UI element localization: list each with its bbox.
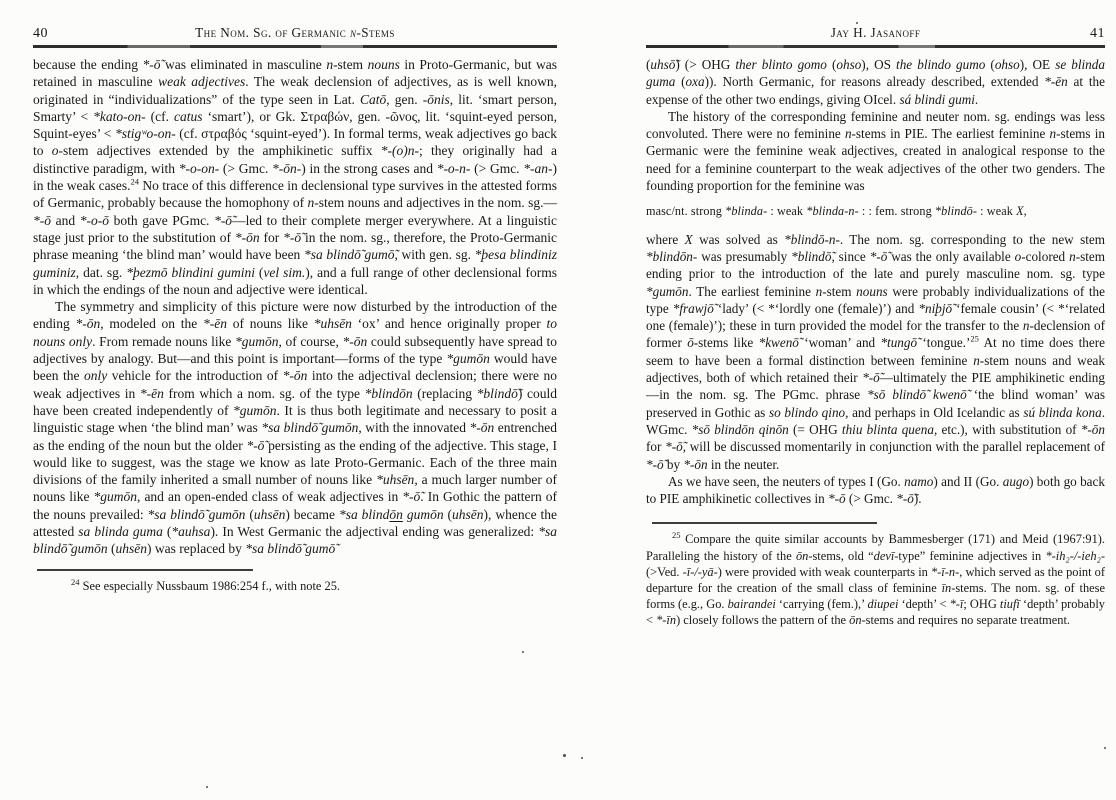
scan-speck xyxy=(206,786,208,788)
page-41-body: (uhsō̃) (> OHG ther blinto gomo (ohso), … xyxy=(646,56,1105,507)
page-40-header: 40 The Nom. Sg. of Germanic n-Stems xyxy=(33,18,557,42)
footnote-separator xyxy=(652,522,877,524)
header-rule xyxy=(33,45,557,48)
page-number: 40 xyxy=(33,26,83,42)
page-40-body: because the ending *-ō̃ was eliminated i… xyxy=(33,56,557,558)
paragraph: As we have seen, the neuters of types I … xyxy=(646,473,1105,508)
proportion-formula: masc/nt. strong *blinda- : weak *blinda-… xyxy=(646,203,1105,220)
running-head: Jay H. Jasanoff xyxy=(696,25,1055,41)
scan-speck xyxy=(563,754,566,757)
page-40: 40 The Nom. Sg. of Germanic n-Stems beca… xyxy=(33,18,557,594)
header-rule xyxy=(646,45,1105,48)
paragraph: The symmetry and simplicity of this pict… xyxy=(33,298,557,557)
page-41-footnotes: 25 Compare the quite similar accounts by… xyxy=(646,531,1105,628)
paragraph: 25 Compare the quite similar accounts by… xyxy=(646,531,1105,628)
page-41: Jay H. Jasanoff 41 (uhsō̃) (> OHG ther b… xyxy=(646,18,1105,628)
scan-speck xyxy=(1104,747,1106,749)
footnote-separator xyxy=(37,569,253,571)
scan-speck xyxy=(856,22,858,24)
paragraph: where X was solved as *blindō-n-. The no… xyxy=(646,231,1105,473)
paragraph: because the ending *-ō̃ was eliminated i… xyxy=(33,56,557,298)
running-head: The Nom. Sg. of Germanic n-Stems xyxy=(83,25,507,41)
scan-speck xyxy=(522,651,524,653)
scanned-book-spread: { "pages": [ { "page_number": "40", "run… xyxy=(0,0,1116,800)
paragraph: 24 See especially Nussbaum 1986:254 f., … xyxy=(33,578,557,594)
paragraph: The history of the corresponding feminin… xyxy=(646,108,1105,194)
paragraph: (uhsō̃) (> OHG ther blinto gomo (ohso), … xyxy=(646,56,1105,108)
page-41-header: Jay H. Jasanoff 41 xyxy=(646,18,1105,42)
page-number: 41 xyxy=(1055,26,1105,42)
page-40-footnotes: 24 See especially Nussbaum 1986:254 f., … xyxy=(33,578,557,594)
scan-speck xyxy=(581,757,583,759)
